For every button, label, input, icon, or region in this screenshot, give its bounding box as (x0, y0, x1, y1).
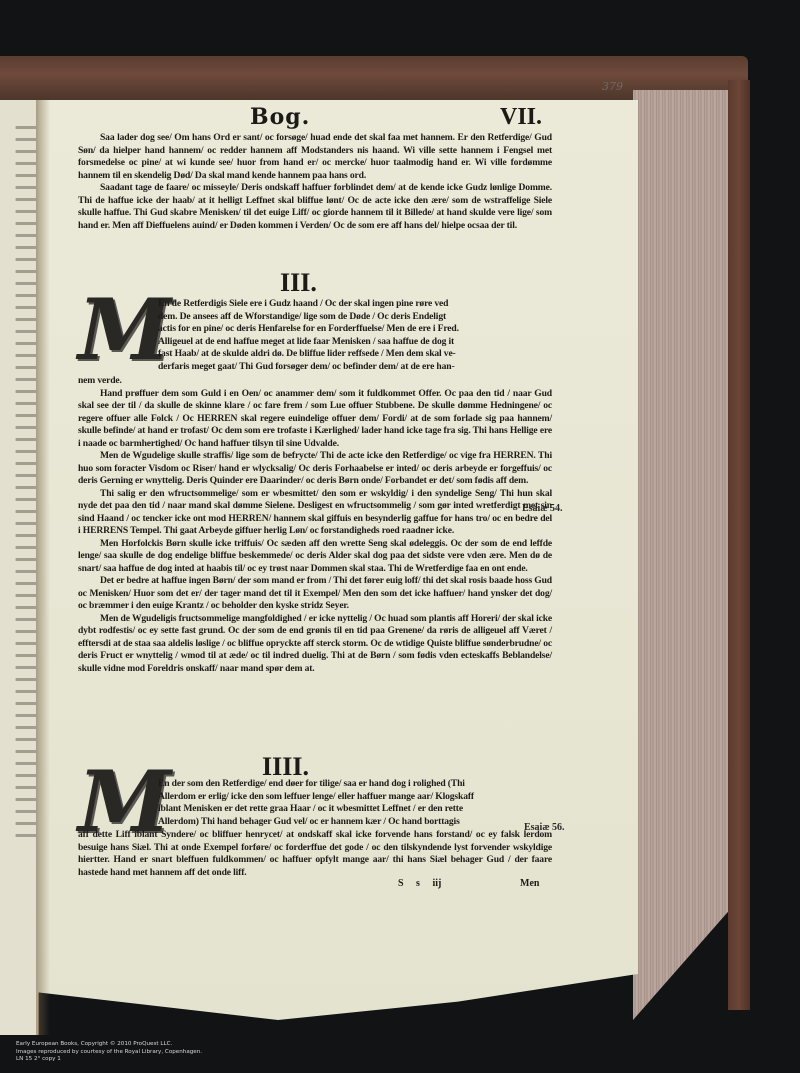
marginal-note: Esaiæ 56. (524, 822, 565, 833)
text-line: Alligeuel at de end haffue meget at lide… (158, 336, 552, 349)
chapter-number: VII. (500, 104, 542, 131)
text-line: dem. De ansees aff de Wforstandige/ lige… (158, 311, 552, 324)
text-line: Allerdom) Thi hand behager Gud vel/ oc e… (158, 816, 552, 829)
credit-line: Early European Books, Copyright © 2010 P… (16, 1041, 202, 1049)
text-line: iblant Menisken er det rette graa Haar /… (158, 803, 552, 816)
copyright-credit: Early European Books, Copyright © 2010 P… (16, 1041, 202, 1064)
signature-mark: S s iij (398, 878, 441, 889)
text-line: En der som den Retferdige/ end døer for … (158, 778, 552, 791)
section-4-text: aff dette Liff iblant Syndere/ oc bliffu… (78, 829, 552, 879)
paragraph: Men de Wgudeligis fructsommelige mangfol… (78, 613, 552, 676)
paragraph: Men de Wgudelige skulle straffis/ lige s… (78, 450, 552, 488)
folio-number: 379 (602, 80, 623, 93)
marginal-note: Esaiæ 54. (522, 503, 563, 514)
page-fore-edge (633, 90, 731, 1020)
paragraph: Det er bedre at haffue ingen Børn/ der s… (78, 575, 552, 613)
text-line: En de Retferdigis Siele ere i Gudz haand… (158, 298, 552, 311)
text-line: fast Haab/ at de skulde aldri dø. De bli… (158, 348, 552, 361)
credit-line: Images reproduced by courtesy of the Roy… (16, 1049, 202, 1057)
paragraph: Thi salig er den wfructsommelige/ som er… (78, 488, 552, 538)
section-heading-3: III. (280, 268, 317, 298)
gutter-shadow (36, 100, 50, 1035)
text-line: Allerdom er erlig/ icke den som leffuer … (158, 791, 552, 804)
paragraph: Saa lader dog see/ Om hans Ord er sant/ … (78, 132, 552, 182)
section-4-initial-lines: En der som den Retferdige/ end døer for … (158, 778, 552, 828)
book-scan: 379 Bog. VII. Saa lader dog see/ Om hans… (0, 0, 800, 1073)
paragraph: Men Horfolckis Børn skulle icke triffuis… (78, 538, 552, 576)
section-3-initial-lines: En de Retferdigis Siele ere i Gudz haand… (158, 298, 552, 373)
book-cover-right-edge (728, 80, 750, 1010)
paragraph: Hand prøffuer dem som Guld i en Oen/ oc … (78, 388, 552, 451)
paragraph: aff dette Liff iblant Syndere/ oc bliffu… (78, 829, 552, 879)
credit-line: LN 15 2° copy 1 (16, 1056, 202, 1064)
text-line: actis for en pine/ oc deris Henfarelse f… (158, 323, 552, 336)
intro-text: Saa lader dog see/ Om hans Ord er sant/ … (78, 132, 552, 232)
left-page-fragment (0, 100, 39, 1035)
section-3-text: nem verde. Hand prøffuer dem som Guld i … (78, 375, 552, 675)
paragraph: nem verde. (78, 375, 552, 388)
text-line: derfaris meget gaat/ Thi Gud forsøger de… (158, 361, 552, 374)
paragraph: Saadant tage de faare/ oc misseyle/ Deri… (78, 182, 552, 232)
catchword: Men (520, 878, 539, 889)
left-page-text-edge (2, 120, 36, 840)
running-head: Bog. (250, 104, 310, 130)
